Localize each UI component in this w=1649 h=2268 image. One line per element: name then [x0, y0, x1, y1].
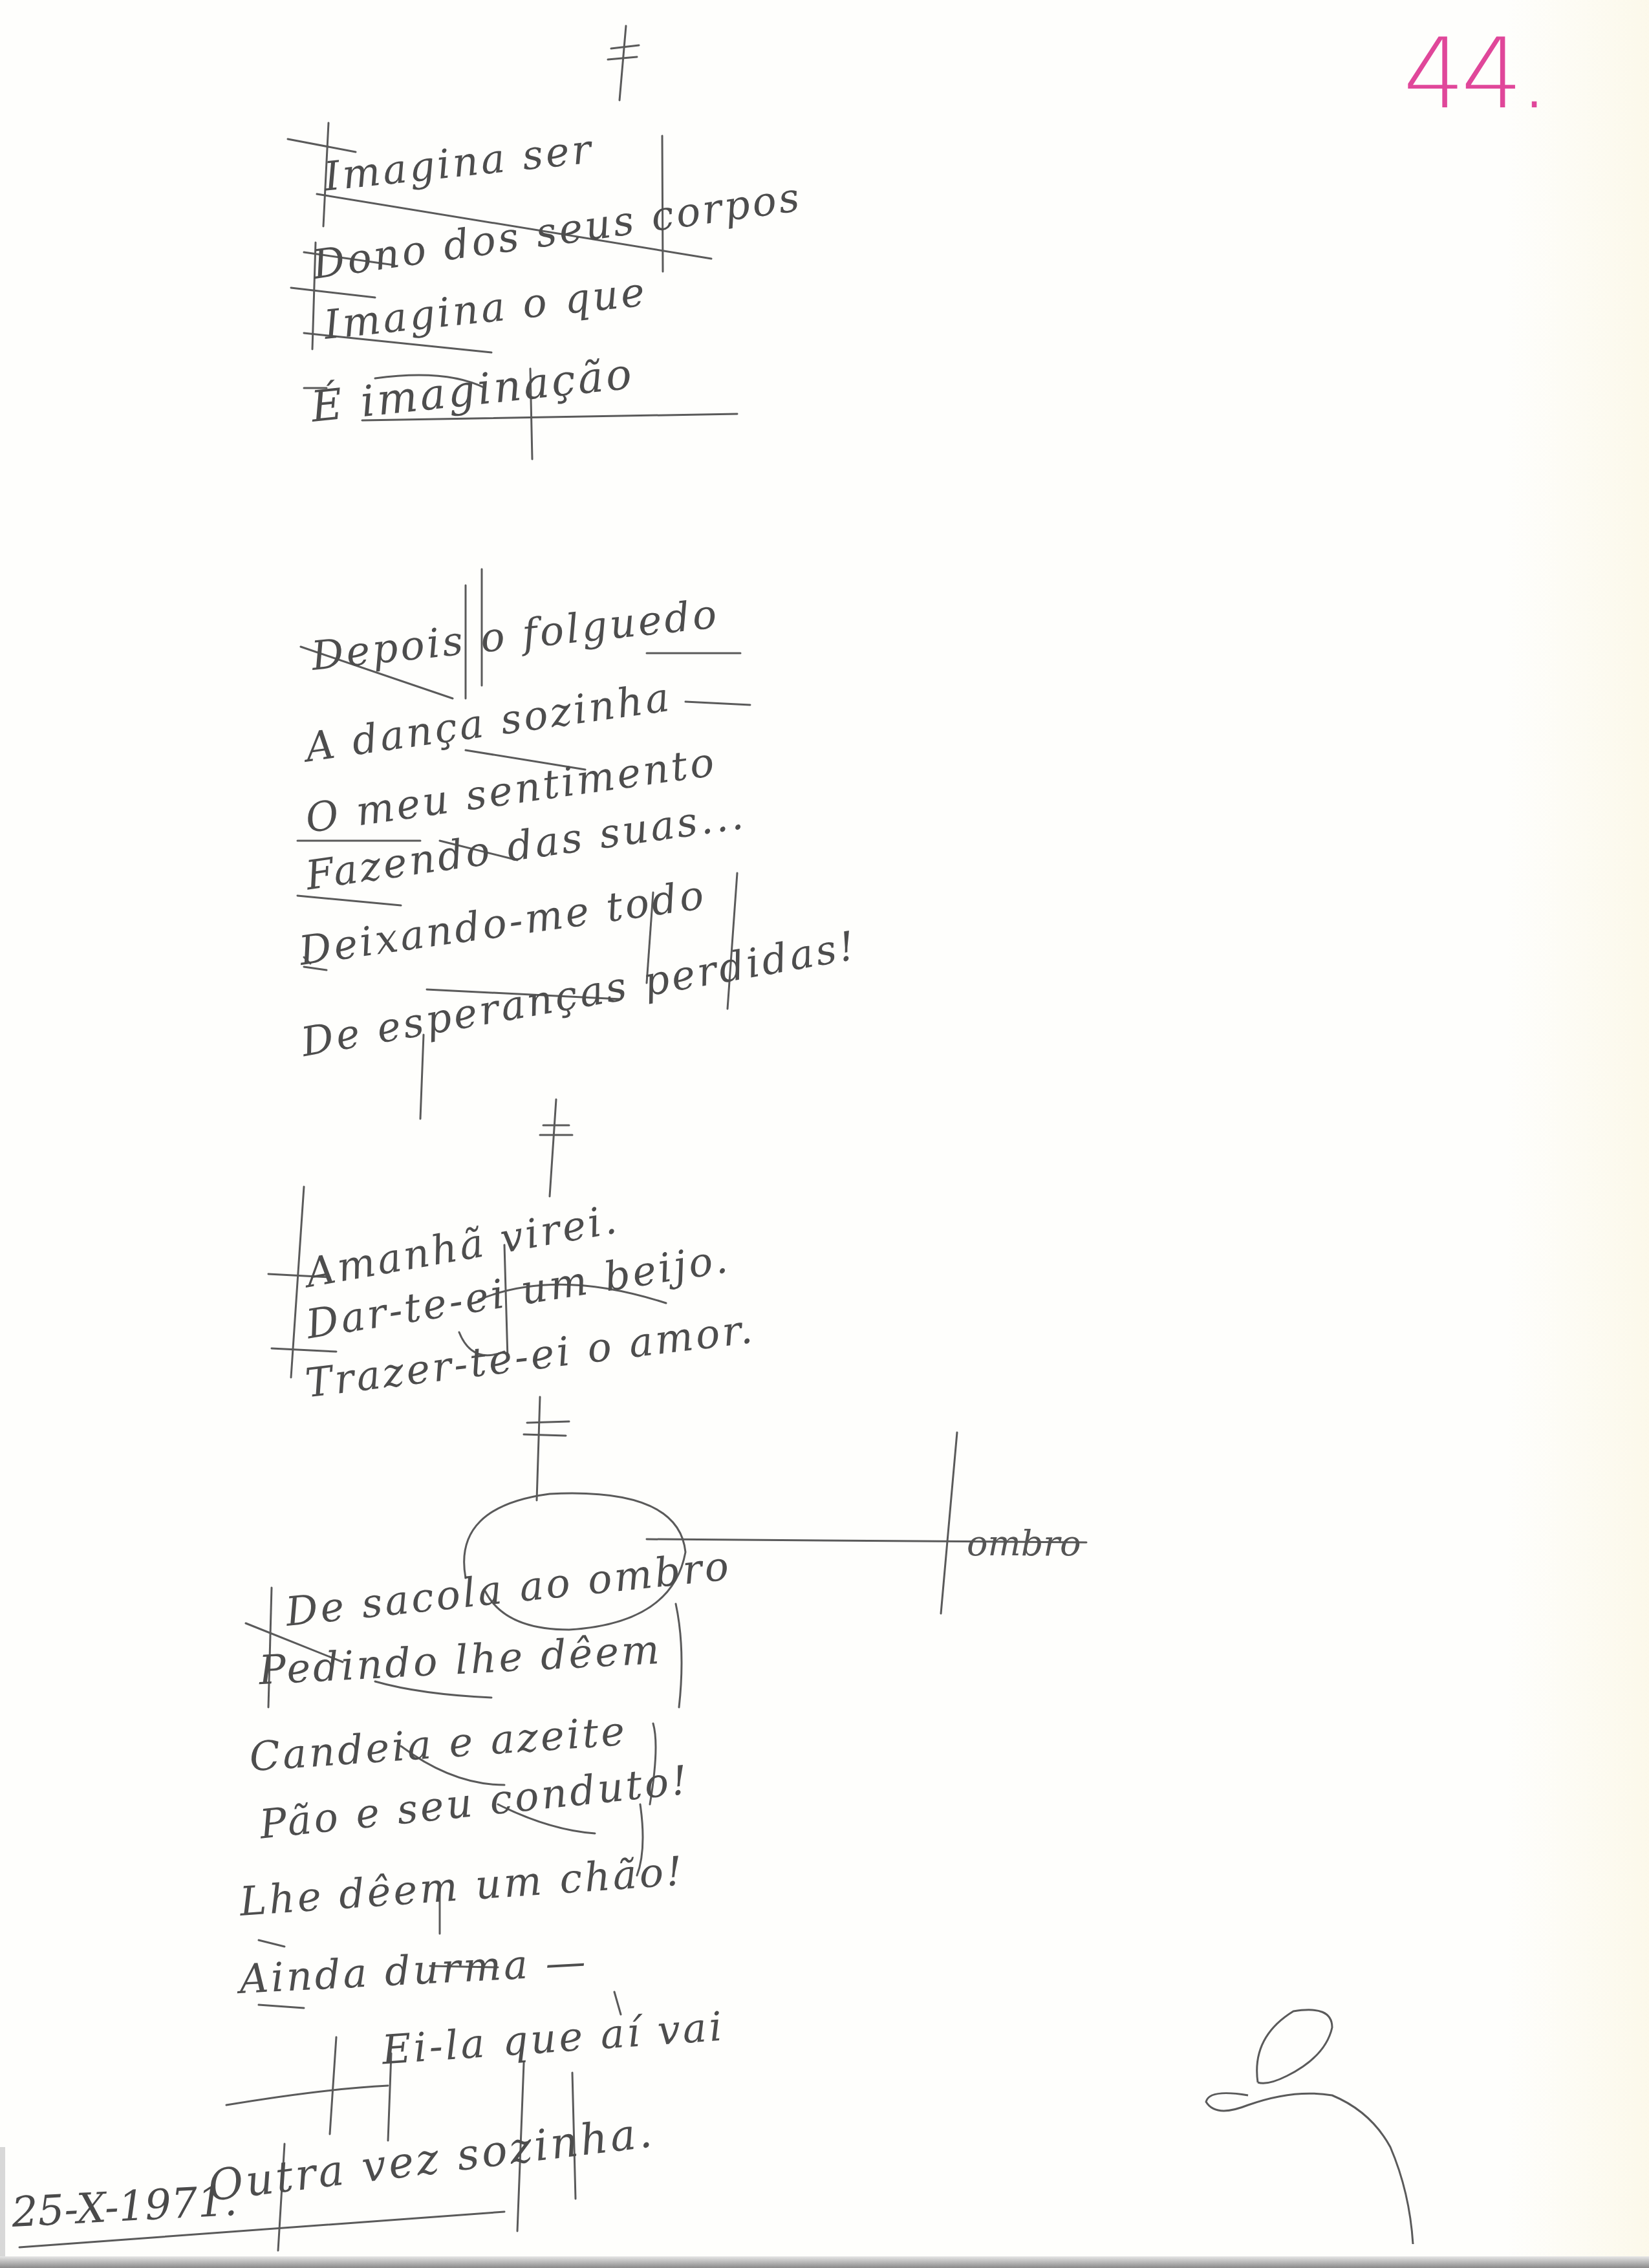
cross-mark-icon [540, 1099, 572, 1196]
flourish-icon [1206, 2010, 1413, 2244]
poem-line: Ainda durma — [238, 1938, 589, 2003]
page-number: 44. [1403, 26, 1546, 123]
poem-line: É imaginação [308, 349, 636, 432]
poem-line: Pedindo lhe dêem [258, 1626, 663, 1694]
poem-line: Ei-la que aí vai [380, 2003, 726, 2074]
pencil-strokes [0, 0, 1649, 2268]
date-stamp: 25-X-1971. [10, 2177, 238, 2237]
poem-line: De sacola ao ombro [283, 1542, 733, 1636]
poem-line: Depois o folguedo [309, 590, 721, 680]
margin-correction: ombro [967, 1523, 1081, 1564]
cross-mark-icon [608, 26, 639, 100]
paper-aging-edge [1507, 0, 1649, 2268]
scan-edge-bottom [0, 2256, 1649, 2268]
cross-mark-icon [524, 1397, 569, 1500]
scan-edge-left [0, 2147, 5, 2268]
poem-line: Imagina ser [321, 125, 596, 200]
poem-line: Outra vez sozinha. [206, 2107, 657, 2211]
poem-line: Lhe dêem um chão! [238, 1847, 686, 1925]
